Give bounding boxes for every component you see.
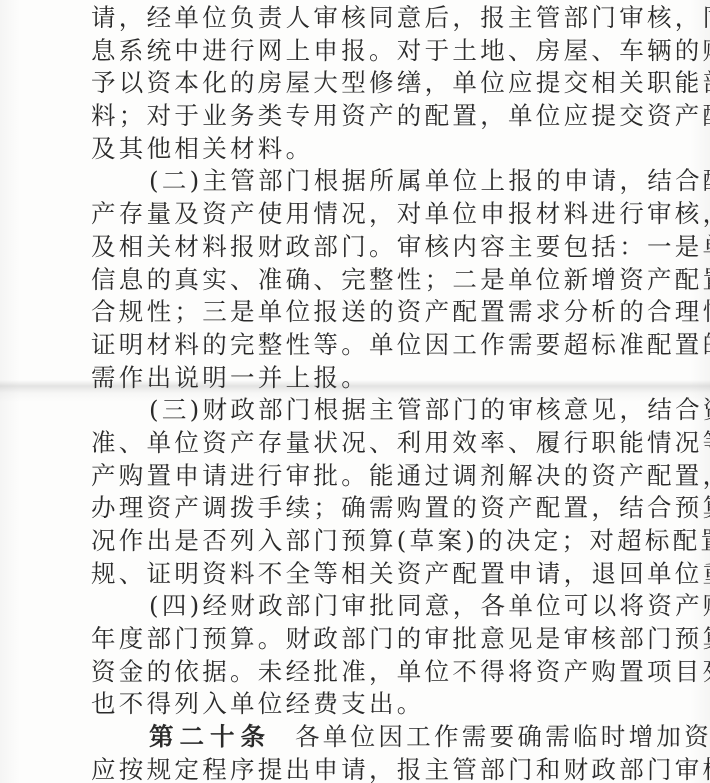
- text-line: 及其他相关材料。: [91, 133, 623, 166]
- text-line: 产购置申请进行审批。能通过调剂解决的资产配置，按相关规定: [91, 460, 623, 493]
- text-line: 况作出是否列入部门预算(草案)的决定；对超标配置、编报不合: [91, 525, 623, 558]
- text-line: 息系统中进行网上申报。对于土地、房屋、车辆的购置(建)及应: [91, 35, 623, 68]
- text-line: 信息的真实、准确、完整性；二是单位新增资产配置申请编报的: [91, 264, 623, 297]
- text-line: 需作出说明一并上报。: [91, 362, 623, 395]
- paragraph-item-3-first-line: (三)财政部门根据主管部门的审核意见，结合资产配置标: [91, 394, 623, 427]
- text-line: 也不得列入单位经费支出。: [91, 688, 623, 721]
- text-line: 料；对于业务类专用资产的配置，单位应提交资产配置需求分析: [91, 100, 623, 133]
- article-text: 各单位因工作需要确需临时增加资产配置的，: [295, 722, 710, 751]
- text-line: 证明材料的完整性等。单位因工作需要超标准配置的，主管部门: [91, 329, 623, 362]
- text-line: 规、证明资料不全等相关资产配置申请，退回单位重新修改。: [91, 558, 623, 591]
- text-line: 应按规定程序提出申请，报主管部门和财政部门审核同意后，办: [91, 754, 623, 783]
- article-20-first-line: 第二十条各单位因工作需要确需临时增加资产配置的，: [91, 721, 623, 754]
- text-line: 办理资产调拨手续；确需购置的资产配置，结合预算年度财力情: [91, 492, 623, 525]
- text-line: 产存量及资产使用情况，对单位申报材料进行审核，将审核意见: [91, 198, 623, 231]
- text-line: 请，经单位负责人审核同意后，报主管部门审核，同时在资产信: [91, 2, 623, 35]
- paragraph-item-4-first-line: (四)经财政部门审批同意，各单位可以将资产购置项目列入: [91, 590, 623, 623]
- text-line: 年度部门预算。财政部门的审批意见是审核部门预算、安排财政: [91, 623, 623, 656]
- paragraph-item-2-first-line: (二)主管部门根据所属单位上报的申请，结合配置标准、资: [91, 165, 623, 198]
- text-line: 资金的依据。未经批准，单位不得将资产购置项目列入部门预算，: [91, 656, 623, 689]
- article-heading: 第二十条: [149, 722, 271, 751]
- text-line: 准、单位资产存量状况、利用效率、履行职能情况等，对单位资: [91, 427, 623, 460]
- text-line: 及相关材料报财政部门。审核内容主要包括：一是单位存量资产: [91, 231, 623, 264]
- text-line: 予以资本化的房屋大型修缮，单位应提交相关职能部门的审核材: [91, 67, 623, 100]
- document-body: 请，经单位负责人审核同意后，报主管部门审核，同时在资产信 息系统中进行网上申报。…: [91, 2, 623, 783]
- scanned-document-page: 请，经单位负责人审核同意后，报主管部门审核，同时在资产信 息系统中进行网上申报。…: [0, 0, 710, 783]
- text-line: 合规性；三是单位报送的资产配置需求分析的合理性；四是相关: [91, 296, 623, 329]
